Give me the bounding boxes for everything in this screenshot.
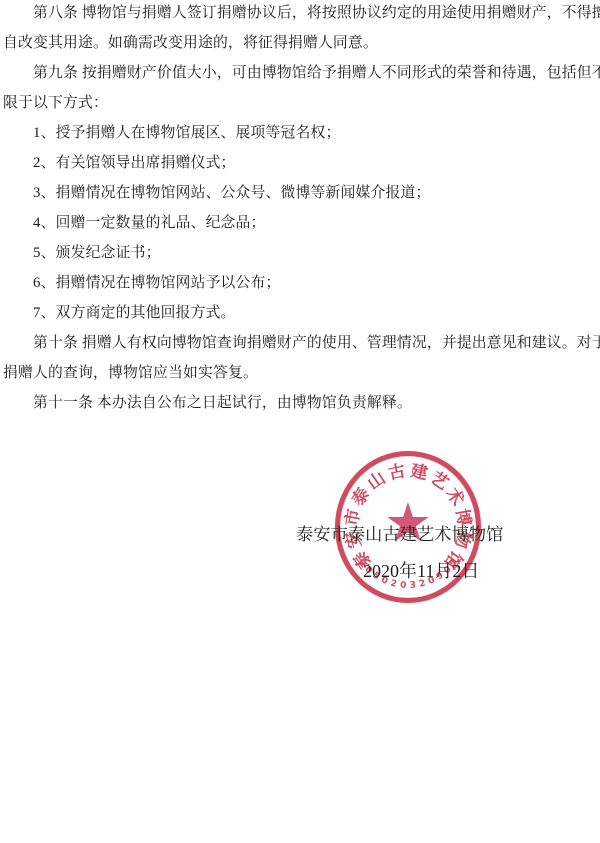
text-line: 第十条 捐赠人有权向博物馆查询捐赠财产的使用、管理情况，并提出意见和建议。对于 [3, 328, 597, 358]
text-line: 2、有关馆领导出席捐赠仪式； [3, 148, 597, 178]
text-line: 1、授予捐赠人在博物馆展区、展项等冠名权； [3, 118, 597, 148]
document-page: 第八条 博物馆与捐赠人签订捐赠协议后，将按照协议约定的用途使用捐赠财产，不得擅自… [0, 0, 600, 843]
text-line: 第九条 按捐赠财产价值大小，可由博物馆给予捐赠人不同形式的荣誉和待遇，包括但不 [3, 58, 597, 88]
signature-date: 2020年11月2日 [363, 557, 479, 583]
text-line: 捐赠人的查询，博物馆应当如实答复。 [3, 358, 597, 388]
text-line: 第八条 博物馆与捐赠人签订捐赠协议后，将按照协议约定的用途使用捐赠财产，不得擅 [3, 0, 597, 28]
document-body: 第八条 博物馆与捐赠人签订捐赠协议后，将按照协议约定的用途使用捐赠财产，不得擅自… [3, 0, 597, 418]
text-line: 7、双方商定的其他回报方式。 [3, 298, 597, 328]
text-line: 6、捐赠情况在博物馆网站予以公布； [3, 268, 597, 298]
text-line: 3、捐赠情况在博物馆网站、公众号、微博等新闻媒介报道； [3, 178, 597, 208]
text-line: 第十一条 本办法自公布之日起试行，由博物馆负责解释。 [3, 388, 597, 418]
text-line: 限于以下方式： [3, 88, 597, 118]
text-line: 4、回赠一定数量的礼品、纪念品； [3, 208, 597, 238]
text-line: 自改变其用途。如确需改变用途的，将征得捐赠人同意。 [3, 28, 597, 58]
signature-org: 泰安市泰山古建艺术博物馆 [296, 520, 503, 545]
text-line: 5、颁发纪念证书； [3, 238, 597, 268]
